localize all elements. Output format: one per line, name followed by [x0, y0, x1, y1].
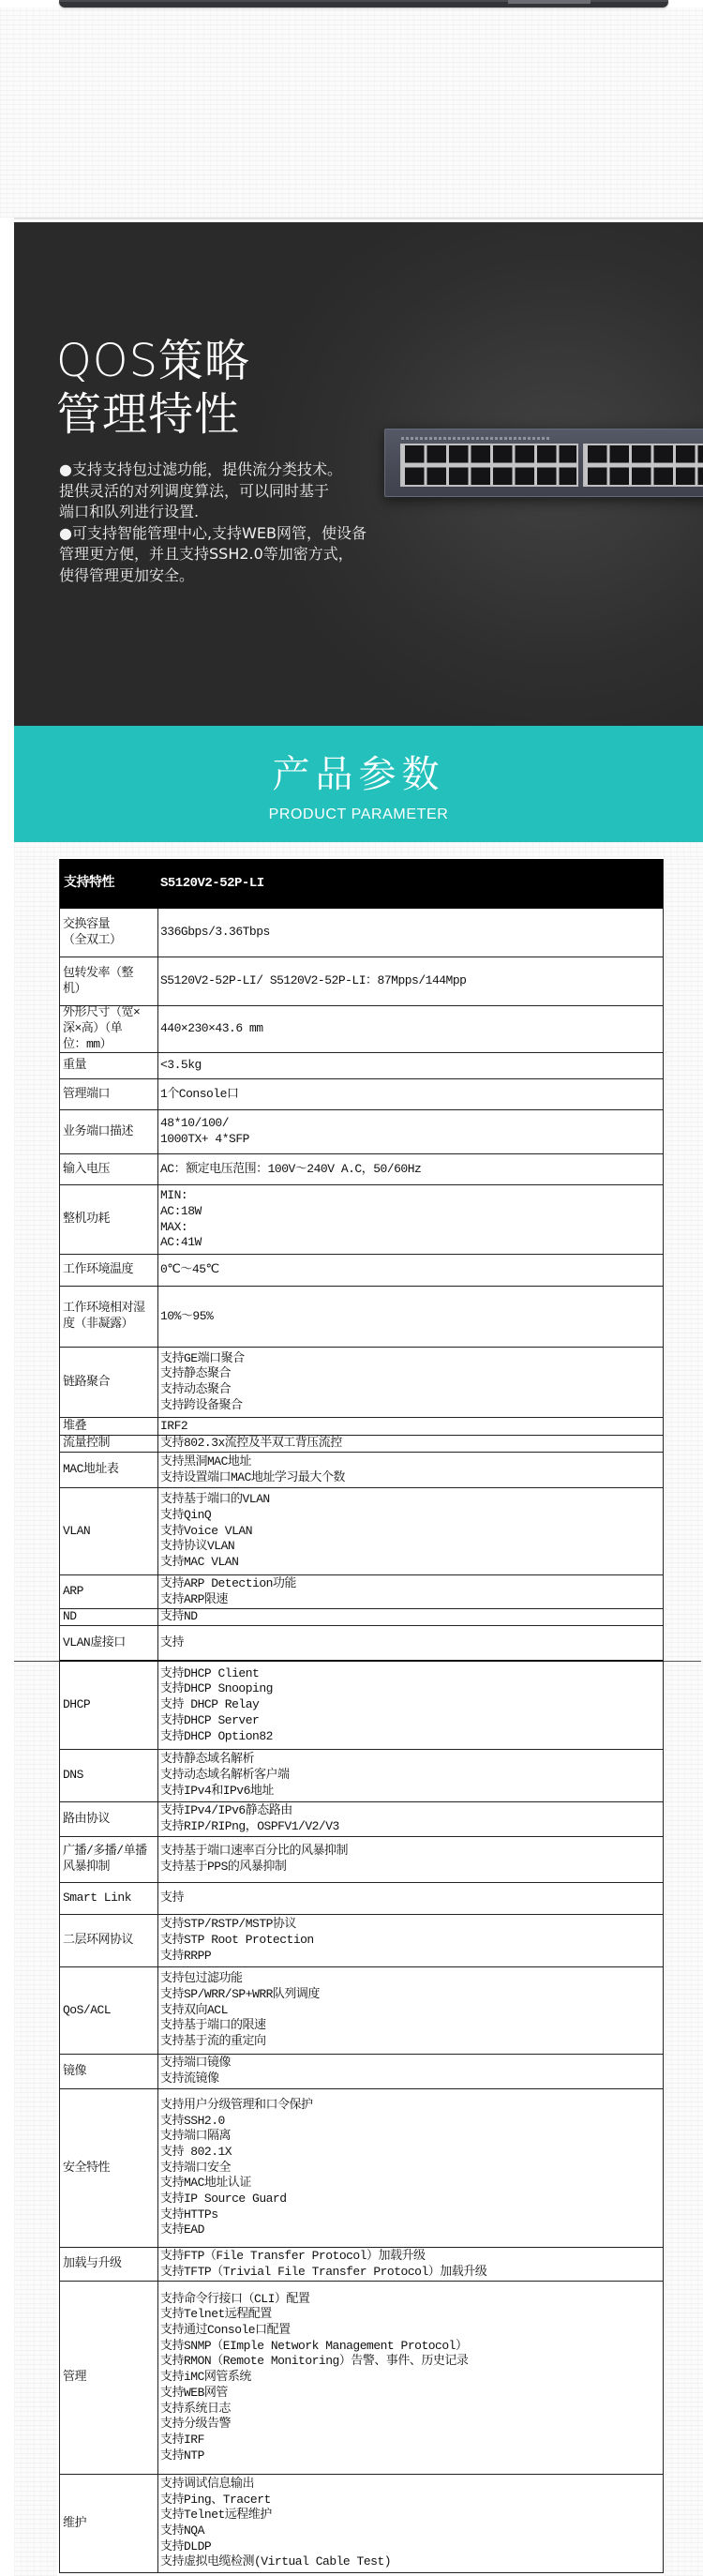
spec-row-operating-temperature: 工作环境温度 0℃～45℃ [60, 1255, 663, 1287]
spec-label: 安全特性 [60, 2089, 158, 2247]
spec-value: 支持STP/RSTP/MSTP协议 支持STP Root Protection … [158, 1915, 663, 1966]
header-label: 支持特性 [60, 859, 158, 908]
spec-value: 支持基于端口速率百分比的风暴抑制 支持基于PPS的风暴抑制 [158, 1837, 663, 1882]
spec-value: 支持 [158, 1626, 663, 1660]
spec-value: 支持ND [158, 1609, 663, 1625]
spec-value: 支持DHCP Client 支持DHCP Snooping 支持 DHCP Re… [158, 1662, 663, 1749]
spec-row-switching-capacity: 交换容量 （全双工） 336Gbps/3.36Tbps [60, 909, 663, 957]
spec-value: 支持IPv4/IPv6静态路由 支持RIP/RIPng，OSPFV1/V2/V3 [158, 1802, 663, 1836]
spec-label: 广播/多播/单播 风暴抑制 [60, 1837, 158, 1882]
spec-label: 重量 [60, 1053, 158, 1078]
spec-row-service-ports: 业务端口描述 48*10/100/ 1000TX+ 4*SFP [60, 1110, 663, 1154]
spec-label: DNS [60, 1750, 158, 1801]
spec-row-maintenance: 维护 支持调试信息输出 支持Ping、Tracert 支持Telnet远程维护 … [60, 2475, 663, 2573]
spec-table: 支持特性 S5120V2-52P-LI 交换容量 （全双工） 336Gbps/3… [59, 859, 664, 2573]
bullet-text-line: 使得管理更加安全。 [59, 565, 366, 587]
qos-feature-banner: QOS策略 管理特性 ●支持支持包过滤功能，提供流分类技术。 提供灵活的对列调度… [14, 222, 703, 726]
section-title: 产品参数 [14, 753, 703, 796]
spec-row-packet-forwarding-rate: 包转发率（整 机） S5120V2-52P-LI/ S5120V2-52P-LI… [60, 957, 663, 1006]
spec-value: AC：额定电压范围：100V～240V A.C，50/60Hz [158, 1154, 663, 1184]
spec-label: VLAN虚接口 [60, 1626, 158, 1660]
port-block-icon [583, 444, 703, 487]
spec-row-storm-suppression: 广播/多播/单播 风暴抑制 支持基于端口速率百分比的风暴抑制 支持基于PPS的风… [60, 1837, 663, 1883]
spec-label: 管理端口 [60, 1079, 158, 1109]
spec-row-smart-link: Smart Link 支持 [60, 1883, 663, 1915]
image-seam-line [14, 1661, 59, 1662]
bullet-text-line: ●可支持智能管理中心,支持WEB网管，使设备 [59, 523, 366, 545]
bullet-text-line: 提供灵活的对列调度算法，可以同时基于 [59, 481, 366, 503]
spec-label: Smart Link [60, 1883, 158, 1914]
spec-row-management-port: 管理端口 1个Console口 [60, 1079, 663, 1110]
spec-row-flow-control: 流量控制 支持802.3x流控及半双工背压流控 [60, 1436, 663, 1453]
spec-row-dimensions: 外形尺寸（宽× 深×高）（单 位：mm） 440×230×43.6 mm [60, 1006, 663, 1053]
spec-label: 链路聚合 [60, 1348, 158, 1417]
bullet-text-line: 管理更方便，并且支持SSH2.0等加密方式， [59, 544, 366, 565]
background-texture [14, 857, 57, 2576]
spec-value: IRF2 [158, 1418, 663, 1435]
spec-row-vlan: VLAN 支持基于端口的VLAN 支持QinQ 支持Voice VLAN 支持协… [60, 1488, 663, 1575]
spec-row-dhcp: DHCP 支持DHCP Client 支持DHCP Snooping 支持 DH… [60, 1662, 663, 1750]
spec-row-vlan-interface: VLAN虚接口 支持 [60, 1626, 663, 1662]
spec-row-weight: 重量 <3.5kg [60, 1053, 663, 1079]
spec-label: DHCP [60, 1662, 158, 1749]
spec-value: 支持用户分级管理和口令保护 支持SSH2.0 支持端口隔离 支持 802.1X … [158, 2089, 663, 2247]
spec-row-loading-upgrade: 加载与升级 支持FTP（File Transfer Protocol）加载升级 … [60, 2248, 663, 2282]
spec-label: 加载与升级 [60, 2248, 158, 2281]
spec-label: 管理 [60, 2282, 158, 2474]
spec-label: ND [60, 1609, 158, 1625]
section-subtitle: PRODUCT PARAMETER [14, 806, 703, 823]
bullet-text-line: ●支持支持包过滤功能，提供流分类技术。 [59, 459, 366, 481]
spec-row-power-consumption: 整机功耗 MIN: AC:18W MAX: AC:41W [60, 1185, 663, 1255]
spec-label: 交换容量 （全双工） [60, 909, 158, 957]
spec-value: S5120V2-52P-LI/ S5120V2-52P-LI：87Mpps/14… [158, 957, 663, 1005]
spec-label: 输入电压 [60, 1154, 158, 1184]
spec-row-operating-humidity: 工作环境相对湿 度（非凝露） 10%～95% [60, 1287, 663, 1348]
spec-value: 48*10/100/ 1000TX+ 4*SFP [158, 1110, 663, 1153]
spec-label: 整机功耗 [60, 1185, 158, 1254]
spec-value: 10%～95% [158, 1287, 663, 1347]
spec-value: 支持802.3x流控及半双工背压流控 [158, 1436, 663, 1452]
spec-value: 支持命令行接口（CLI）配置 支持Telnet远程配置 支持通过Console口… [158, 2282, 663, 2474]
spec-value: 支持GE端口聚合 支持静态聚合 支持动态聚合 支持跨设备聚合 [158, 1348, 663, 1417]
background-texture [0, 8, 703, 218]
spec-label: VLAN [60, 1488, 158, 1574]
spec-label: 业务端口描述 [60, 1110, 158, 1153]
spec-row-link-aggregation: 链路聚合 支持GE端口聚合 支持静态聚合 支持动态聚合 支持跨设备聚合 [60, 1348, 663, 1418]
spec-row-arp: ARP 支持ARP Detection功能 支持ARP限速 [60, 1575, 663, 1609]
spec-label: 路由协议 [60, 1802, 158, 1836]
48-port-switch-front-panel-icon [384, 429, 703, 497]
spec-value: 支持静态域名解析 支持动态域名解析客户端 支持IPv4和IPv6地址 [158, 1750, 663, 1801]
spec-label: 镜像 [60, 2055, 158, 2088]
spec-value: 支持基于端口的VLAN 支持QinQ 支持Voice VLAN 支持协议VLAN… [158, 1488, 663, 1574]
spec-label: MAC地址表 [60, 1453, 158, 1487]
spec-label: 维护 [60, 2475, 158, 2572]
banner-bullet-list: ●支持支持包过滤功能，提供流分类技术。 提供灵活的对列调度算法，可以同时基于 端… [59, 459, 366, 587]
banner-title-line: 管理特性 [56, 388, 250, 442]
spec-row-stacking: 堆叠 IRF2 [60, 1418, 663, 1436]
spec-label: QoS/ACL [60, 1967, 158, 2054]
header-model: S5120V2-52P-LI [158, 859, 663, 908]
image-seam-line [663, 1661, 701, 1662]
spec-value: 支持调试信息输出 支持Ping、Tracert 支持Telnet远程维护 支持N… [158, 2475, 663, 2572]
spec-row-mac-address-table: MAC地址表 支持黑洞MAC地址 支持设置端口MAC地址学习最大个数 [60, 1453, 663, 1488]
spec-label: 流量控制 [60, 1436, 158, 1452]
background-texture [665, 857, 703, 2576]
spec-row-qos-acl: QoS/ACL 支持包过滤功能 支持SP/WRR/SP+WRR队列调度 支持双向… [60, 1967, 663, 2055]
background-texture [14, 842, 703, 857]
section-divider [14, 218, 703, 219]
spec-value: 1个Console口 [158, 1079, 663, 1109]
spec-row-management: 管理 支持命令行接口（CLI）配置 支持Telnet远程配置 支持通过Conso… [60, 2282, 663, 2475]
port-labels [401, 437, 551, 440]
spec-value: 支持 [158, 1883, 663, 1914]
spec-row-routing-protocols: 路由协议 支持IPv4/IPv6静态路由 支持RIP/RIPng，OSPFV1/… [60, 1802, 663, 1837]
spec-value: 支持端口镜像 支持流镜像 [158, 2055, 663, 2088]
spec-row-dns: DNS 支持静态域名解析 支持动态域名解析客户端 支持IPv4和IPv6地址 [60, 1750, 663, 1802]
device-label-plate [508, 0, 591, 4]
spec-row-mirroring: 镜像 支持端口镜像 支持流镜像 [60, 2055, 663, 2089]
spec-value: 0℃～45℃ [158, 1255, 663, 1286]
spec-row-security-features: 安全特性 支持用户分级管理和口令保护 支持SSH2.0 支持端口隔离 支持 80… [60, 2089, 663, 2248]
spec-value: 440×230×43.6 mm [158, 1006, 663, 1052]
spec-value: 支持黑洞MAC地址 支持设置端口MAC地址学习最大个数 [158, 1453, 663, 1487]
bullet-text-line: 端口和队列进行设置. [59, 502, 366, 523]
spec-label: 外形尺寸（宽× 深×高）（单 位：mm） [60, 1006, 158, 1052]
spec-value: <3.5kg [158, 1053, 663, 1078]
spec-label: 二层环网协议 [60, 1915, 158, 1966]
spec-row-layer2-ring-protocols: 二层环网协议 支持STP/RSTP/MSTP协议 支持STP Root Prot… [60, 1915, 663, 1967]
spec-label: ARP [60, 1575, 158, 1608]
spec-row-nd: ND 支持ND [60, 1609, 663, 1626]
spec-label: 堆叠 [60, 1418, 158, 1435]
banner-title-line: QOS策略 [56, 335, 250, 388]
spec-value: 支持包过滤功能 支持SP/WRR/SP+WRR队列调度 支持双向ACL 支持基于… [158, 1967, 663, 2054]
spec-value: MIN: AC:18W MAX: AC:41W [158, 1185, 663, 1254]
spec-value: 支持ARP Detection功能 支持ARP限速 [158, 1575, 663, 1608]
spec-value: 336Gbps/3.36Tbps [158, 909, 663, 957]
spec-label: 包转发率（整 机） [60, 957, 158, 1005]
port-block-icon [400, 444, 578, 487]
spec-value: 支持FTP（File Transfer Protocol）加载升级 支持TFTP… [158, 2248, 663, 2281]
spec-label: 工作环境相对湿 度（非凝露） [60, 1287, 158, 1347]
spec-label: 工作环境温度 [60, 1255, 158, 1286]
banner-title: QOS策略 管理特性 [56, 335, 250, 442]
product-detail-page: QOS策略 管理特性 ●支持支持包过滤功能，提供流分类技术。 提供灵活的对列调度… [0, 0, 703, 2576]
product-parameter-header: 产品参数 PRODUCT PARAMETER [14, 726, 703, 842]
spec-table-header: 支持特性 S5120V2-52P-LI [60, 859, 663, 909]
spec-row-input-voltage: 输入电压 AC：额定电压范围：100V～240V A.C，50/60Hz [60, 1154, 663, 1185]
